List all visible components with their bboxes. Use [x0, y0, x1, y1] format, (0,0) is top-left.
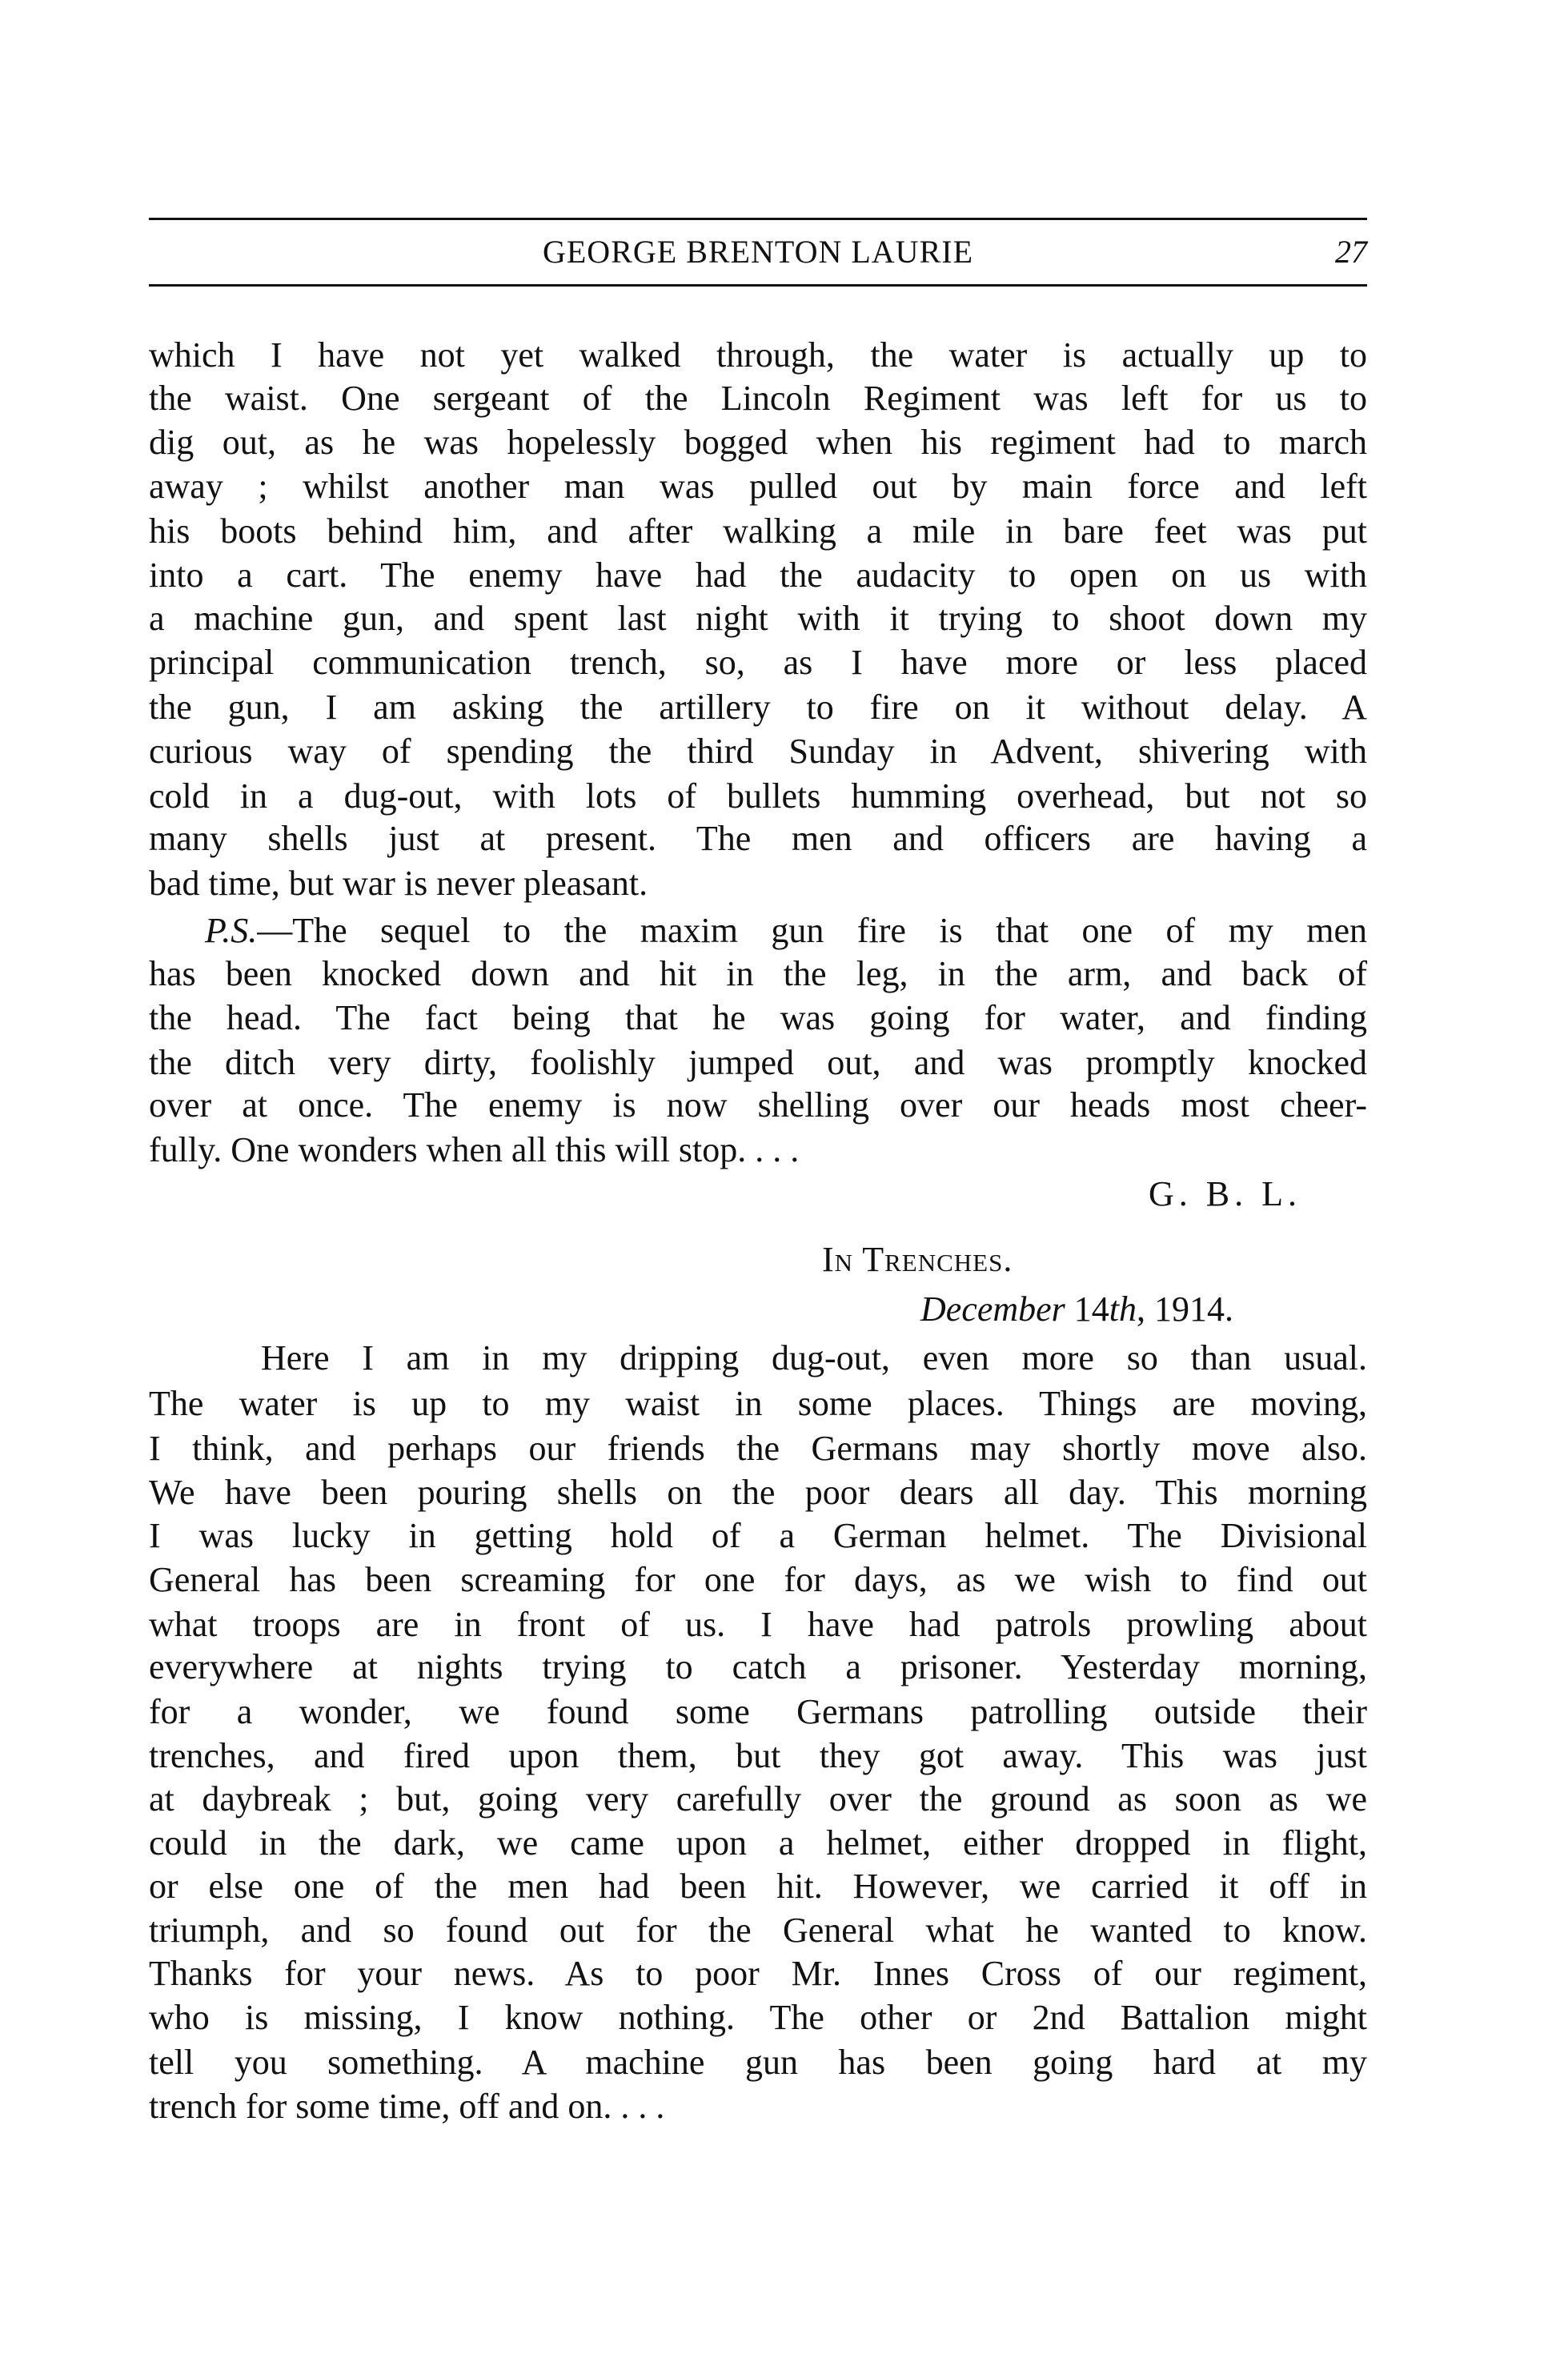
header-top-rule [149, 218, 1367, 220]
text-line: General has been screaming for one for d… [149, 1558, 1367, 1602]
text-line: over at once. The enemy is now shelling … [149, 1083, 1367, 1128]
text-line: the ditch very dirty, foolishly jumped o… [149, 1041, 1367, 1085]
text-line: the waist. One sergeant of the Lincoln R… [149, 376, 1367, 421]
postscript-first-line: P.S.—The sequel to the maxim gun fire is… [205, 908, 1367, 953]
header-bottom-rule [149, 284, 1367, 287]
text-line: Here I am in my dripping dug-out, even m… [261, 1336, 1367, 1381]
page-number: 27 [1335, 232, 1367, 272]
text-line: cold in a dug-out, with lots of bullets … [149, 774, 1367, 819]
signature: G. B. L. [1149, 1172, 1301, 1217]
date-month: December [920, 1289, 1065, 1329]
text-line: curious way of spending the third Sunday… [149, 729, 1367, 774]
text-line: dig out, as he was hopelessly bogged whe… [149, 420, 1367, 465]
text-line: trench for some time, off and on. . . . [149, 2084, 1367, 2129]
postscript-text: —The sequel to the maxim gun fire is tha… [257, 911, 1367, 950]
text-line: could in the dark, we came upon a helmet… [149, 1821, 1367, 1866]
running-head: GEORGE BRENTON LAURIE 27 [149, 232, 1367, 272]
text-line: which I have not yet walked through, the… [149, 333, 1367, 378]
text-line: tell you something. A machine gun has be… [149, 2040, 1367, 2085]
text-line: into a cart. The enemy have had the auda… [149, 553, 1367, 598]
postscript-label: P.S. [205, 911, 257, 950]
text-line: bad time, but war is never pleasant. [149, 861, 1367, 906]
text-line: a machine gun, and spent last night with… [149, 596, 1367, 641]
date-suffix: th [1109, 1289, 1137, 1329]
text-line: has been knocked down and hit in the leg… [149, 952, 1367, 997]
text-line: what troops are in front of us. I have h… [149, 1602, 1367, 1647]
date-day: 14 [1074, 1289, 1109, 1329]
text-line: triumph, and so found out for the Genera… [149, 1908, 1367, 1953]
running-head-title: GEORGE BRENTON LAURIE [149, 232, 1367, 272]
text-line: away ; whilst another man was pulled out… [149, 464, 1367, 509]
date-year: , 1914. [1137, 1289, 1233, 1329]
text-line: for a wonder, we found some Germans patr… [149, 1690, 1367, 1734]
text-line: who is missing, I know nothing. The othe… [149, 1995, 1367, 2040]
text-line: fully. One wonders when all this will st… [149, 1128, 1367, 1173]
letter-place: In Trenches. [822, 1237, 1013, 1282]
text-line: principal communication trench, so, as I… [149, 640, 1367, 685]
text-line: or else one of the men had been hit. How… [149, 1864, 1367, 1909]
text-line: I think, and perhaps our friends the Ger… [149, 1426, 1367, 1471]
text-line: Thanks for your news. As to poor Mr. Inn… [149, 1951, 1367, 1996]
text-line: I was lucky in getting hold of a German … [149, 1514, 1367, 1558]
text-line: We have been pouring shells on the poor … [149, 1470, 1367, 1515]
text-line: his boots behind him, and after walking … [149, 509, 1367, 554]
text-line: trenches, and fired upon them, but they … [149, 1734, 1367, 1778]
text-line: many shells just at present. The men and… [149, 816, 1367, 861]
text-line: The water is up to my waist in some plac… [149, 1381, 1367, 1426]
letter-date: December 14th, 1914. [920, 1287, 1233, 1332]
text-line: at daybreak ; but, going very carefully … [149, 1777, 1367, 1822]
text-line: everywhere at nights trying to catch a p… [149, 1645, 1367, 1690]
text-line: the gun, I am asking the artillery to fi… [149, 685, 1367, 730]
text-line: the head. The fact being that he was goi… [149, 996, 1367, 1041]
